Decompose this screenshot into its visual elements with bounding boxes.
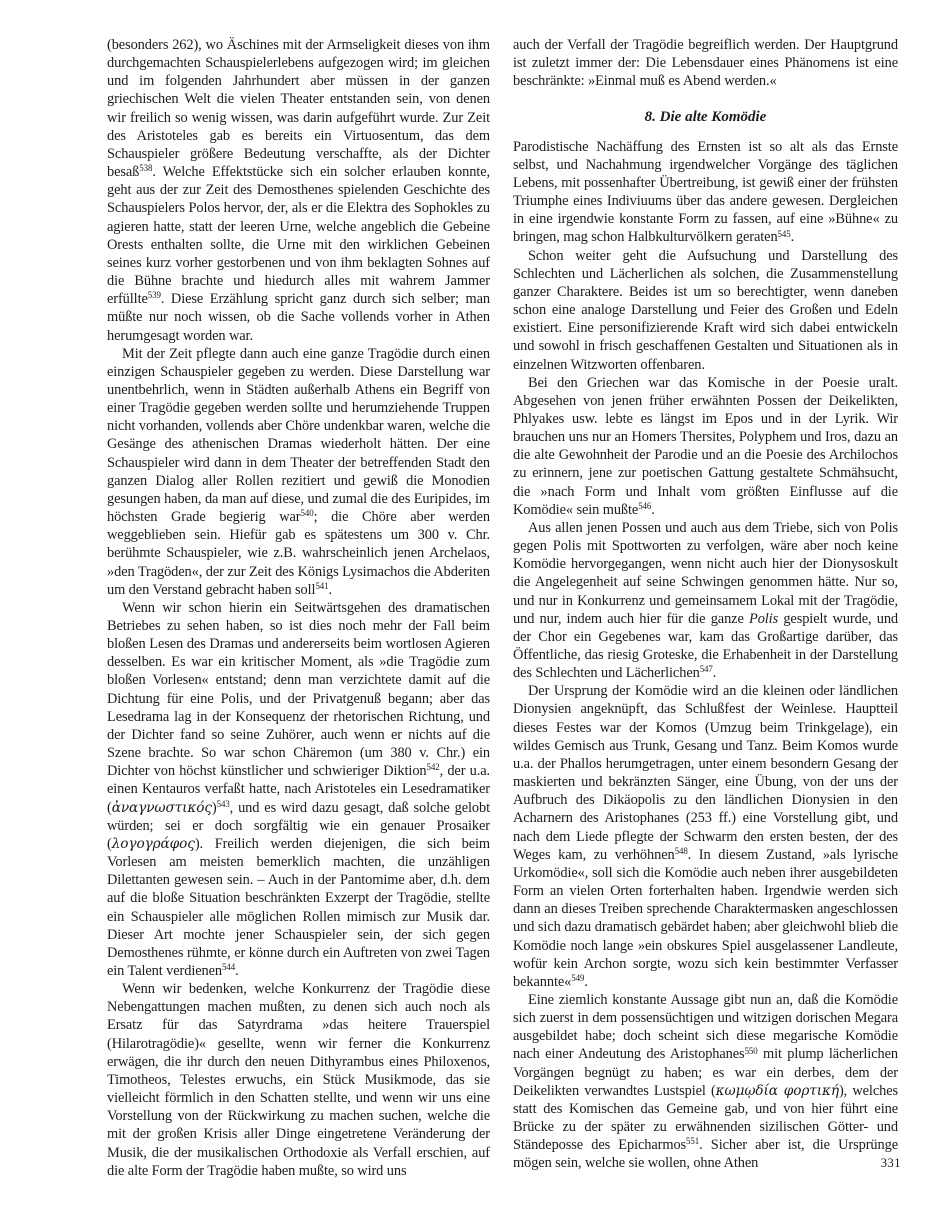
italic-term: Polis: [749, 611, 778, 627]
text-run: Wenn wir bedenken, welche Konkurrenz der…: [107, 981, 490, 1179]
text-run: Mit der Zeit pflegte dann auch eine ganz…: [107, 346, 490, 525]
footnote-ref: 540: [301, 508, 314, 518]
footnote-ref: 550: [745, 1046, 758, 1056]
text-run: auch der Verfall der Tragödie begreiflic…: [513, 37, 898, 89]
left-column: (besonders 262), wo Äschines mit der Arm…: [107, 36, 490, 1180]
footnote-ref: 546: [638, 501, 651, 511]
section-heading: 8. Die alte Komödie: [513, 108, 898, 126]
text-run: ). Freilich werden diejenigen, die sich …: [107, 836, 490, 979]
footnote-ref: 545: [778, 229, 791, 239]
text-run: . In diesem Zustand, »als lyrische Urkom…: [513, 847, 898, 990]
text-run: (besonders 262), wo Äschines mit der Arm…: [107, 37, 490, 180]
book-page-331: { "page": { "number": "331", "background…: [0, 0, 935, 1210]
text-run: 8. Die alte Komödie: [645, 109, 767, 125]
footnote-ref: 538: [139, 163, 152, 173]
text-run: .: [584, 974, 588, 990]
text-run: ): [212, 800, 217, 816]
text-run: .: [791, 229, 795, 245]
greek-term: λογογράφος: [112, 836, 195, 852]
footnote-ref: 541: [315, 581, 328, 591]
text-run: .: [235, 963, 239, 979]
text-run: . Diese Erzählung spricht ganz durch sic…: [107, 291, 490, 343]
paragraph: Wenn wir schon hierin ein Seitwärtsgehen…: [107, 599, 490, 980]
text-run: .: [713, 665, 717, 681]
paragraph: Schon weiter geht die Aufsuchung und Dar…: [513, 247, 898, 374]
paragraph: Parodistische Nachäffung des Ernsten ist…: [513, 138, 898, 247]
footnote-ref: 548: [675, 846, 688, 856]
footnote-ref: 542: [427, 762, 440, 772]
text-run: Wenn wir schon hierin ein Seitwärtsgehen…: [107, 600, 490, 779]
footnote-ref: 551: [686, 1136, 699, 1146]
text-run: . Welche Effektstücke sich ein solcher e…: [107, 164, 490, 307]
paragraph: auch der Verfall der Tragödie begreiflic…: [513, 36, 898, 90]
text-run: Der Ursprung der Komödie wird an die kle…: [513, 683, 898, 862]
text-run: Schon weiter geht die Aufsuchung und Dar…: [513, 248, 898, 373]
greek-term: κωμῳδία φορτική: [716, 1083, 839, 1099]
text-run: .: [329, 582, 333, 598]
paragraph: Wenn wir bedenken, welche Konkurrenz der…: [107, 980, 490, 1180]
paragraph: Eine ziemlich konstante Aussage gibt nun…: [513, 991, 898, 1173]
footnote-ref: 543: [217, 799, 230, 809]
text-run: Parodistische Nachäffung des Ernsten ist…: [513, 139, 898, 246]
paragraph: (besonders 262), wo Äschines mit der Arm…: [107, 36, 490, 345]
paragraph: Mit der Zeit pflegte dann auch eine ganz…: [107, 345, 490, 599]
footnote-ref: 547: [700, 664, 713, 674]
footnote-ref: 544: [222, 962, 235, 972]
paragraph: Bei den Griechen war das Komische in der…: [513, 374, 898, 519]
greek-term: ἀναγνωστικός: [112, 800, 212, 816]
text-run: Bei den Griechen war das Komische in der…: [513, 375, 898, 518]
paragraph: Aus allen jenen Possen und auch aus dem …: [513, 519, 898, 682]
paragraph: Der Ursprung der Komödie wird an die kle…: [513, 682, 898, 991]
right-column: auch der Verfall der Tragödie begreiflic…: [513, 36, 898, 1173]
footnote-ref: 539: [148, 290, 161, 300]
footnote-ref: 549: [571, 973, 584, 983]
text-run: .: [651, 502, 655, 518]
page-number: 331: [513, 1156, 901, 1171]
